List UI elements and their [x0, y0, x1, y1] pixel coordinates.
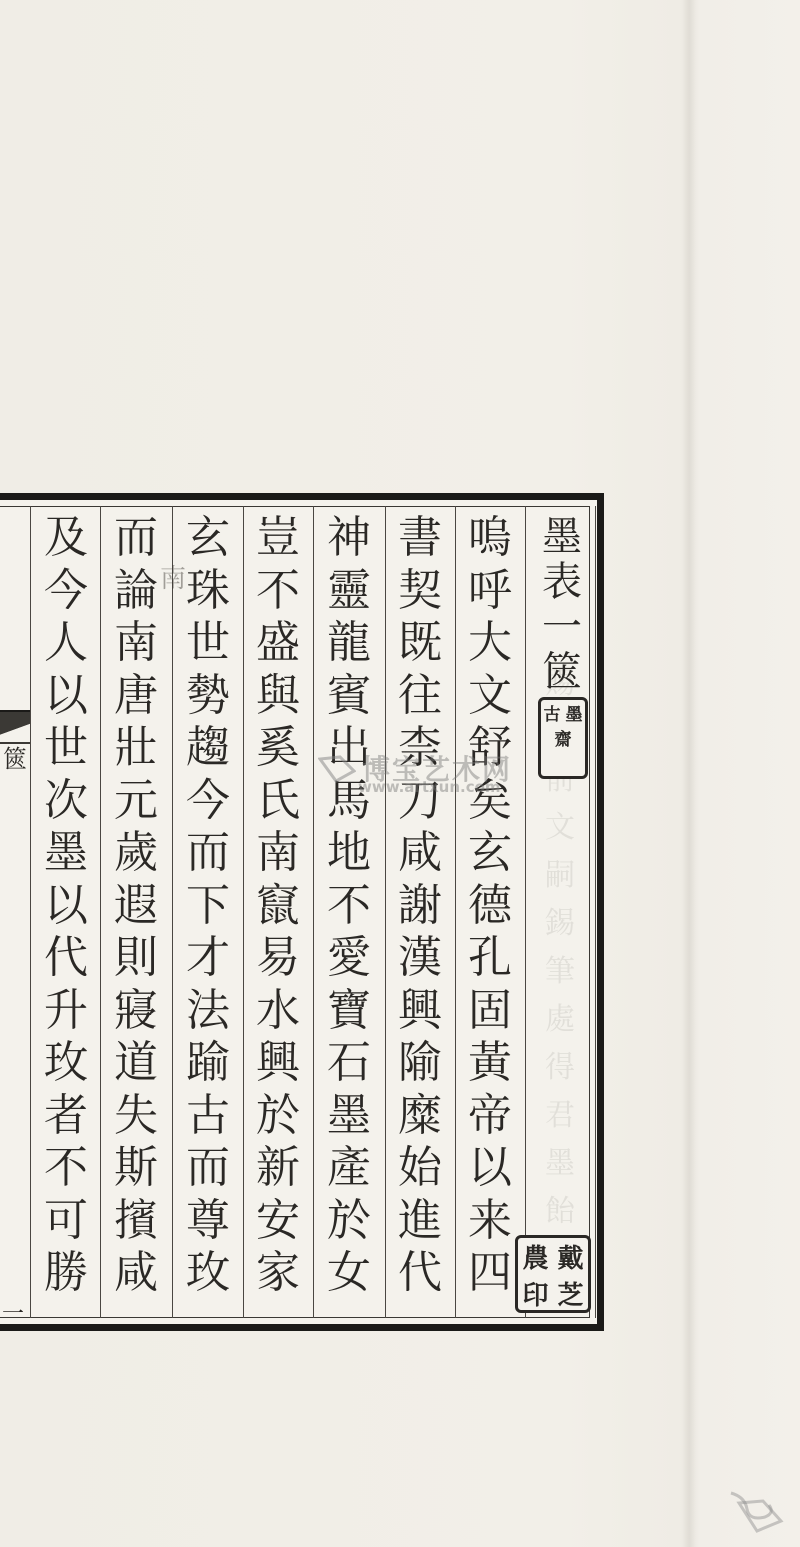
char: 墨 [38, 827, 94, 880]
char: 珠 [180, 565, 236, 618]
char: 盛 [250, 617, 306, 670]
binding-gutter [682, 0, 696, 1547]
char: 世 [180, 617, 236, 670]
char: 尊 [180, 1195, 236, 1248]
char: 氏 [250, 775, 306, 828]
column-rule [385, 506, 386, 1318]
char: 以 [462, 1142, 518, 1195]
watermark: 博宝艺术网 www.artxun.com [318, 748, 512, 788]
char: 興 [250, 1037, 306, 1090]
char: 斯 [108, 1142, 164, 1195]
char: 才 [180, 932, 236, 985]
column-rule [313, 506, 314, 1318]
column-rule [455, 506, 456, 1318]
text-column-2: 書 契 既 往 柰 刀 咸 謝 漢 興 隃 糜 始 進 代 [392, 512, 448, 1312]
char: 謝 [392, 880, 448, 933]
fishtail-wedge [0, 712, 30, 742]
column-rule [30, 506, 31, 1318]
char: 竄 [250, 880, 306, 933]
char: 可 [38, 1195, 94, 1248]
char: 糜 [392, 1090, 448, 1143]
char: 元 [108, 775, 164, 828]
char: 地 [321, 827, 377, 880]
char: 法 [180, 985, 236, 1038]
char: 興 [392, 985, 448, 1038]
seal-char: 戴 [553, 1238, 588, 1275]
column-rule [243, 506, 244, 1318]
char: 踰 [180, 1037, 236, 1090]
char: 失 [108, 1090, 164, 1143]
char: 趨 [180, 722, 236, 775]
char: 新 [250, 1142, 306, 1195]
char: 隃 [392, 1037, 448, 1090]
char: 女 [321, 1247, 377, 1300]
char: 勝 [38, 1247, 94, 1300]
char: 德 [462, 880, 518, 933]
char: 咸 [108, 1247, 164, 1300]
title-char: 表 [534, 560, 590, 605]
char: 則 [108, 932, 164, 985]
char: 書 [392, 512, 448, 565]
page-marker: 一 [2, 1297, 24, 1328]
char: 南 [250, 827, 306, 880]
char: 嗚 [462, 512, 518, 565]
char: 易 [250, 932, 306, 985]
char: 今 [180, 775, 236, 828]
char: 以 [38, 670, 94, 723]
char: 契 [392, 565, 448, 618]
char: 而 [108, 512, 164, 565]
char: 大 [462, 617, 518, 670]
char: 黃 [462, 1037, 518, 1090]
char: 靈 [321, 565, 377, 618]
text-column-5: 玄 珠 世 勢 趨 今 而 下 才 法 踰 古 而 尊 玫 [180, 512, 236, 1312]
char: 今 [38, 565, 94, 618]
char: 古 [180, 1090, 236, 1143]
char: 不 [321, 880, 377, 933]
title-char: 墨 [534, 515, 590, 560]
text-column-6: 而 論 南 唐 壯 元 歲 遐 則 寢 道 失 斯 擯 咸 [108, 512, 164, 1312]
text-column-1: 嗚 呼 大 文 舒 矣 玄 德 孔 固 黃 帝 以 来 四 [462, 512, 518, 1312]
char: 不 [38, 1142, 94, 1195]
char: 升 [38, 985, 94, 1038]
seal-bottom: 農 戴 印 芝 [515, 1235, 591, 1313]
char: 四 [462, 1247, 518, 1300]
fishtail-label: 篋 [0, 710, 30, 772]
char: 安 [250, 1195, 306, 1248]
char: 玫 [180, 1247, 236, 1300]
title-char: 一 [534, 605, 590, 650]
char: 玄 [180, 512, 236, 565]
seal-char: 印 [518, 1275, 553, 1312]
char: 漢 [392, 932, 448, 985]
text-column-4: 豈 不 盛 與 奚 氏 南 竄 易 水 興 於 新 安 家 [250, 512, 306, 1312]
seal-char: 農 [518, 1238, 553, 1275]
char: 孔 [462, 932, 518, 985]
char: 下 [180, 880, 236, 933]
seal-char: 墨 [563, 700, 585, 725]
text-column-3: 神 靈 龍 賓 出 馬 地 不 愛 寶 石 墨 產 於 女 [321, 512, 377, 1312]
char: 人 [38, 617, 94, 670]
char: 而 [180, 1142, 236, 1195]
char: 遐 [108, 880, 164, 933]
char: 咸 [392, 827, 448, 880]
column-rule [525, 506, 526, 1318]
char: 寶 [321, 985, 377, 1038]
watermark-url: www.artxun.com [358, 778, 501, 796]
char: 及 [38, 512, 94, 565]
char: 豈 [250, 512, 306, 565]
char: 代 [38, 932, 94, 985]
char: 家 [250, 1247, 306, 1300]
char: 次 [38, 775, 94, 828]
watermark-logo-icon [318, 753, 356, 783]
text-column-7: 及 今 人 以 世 次 墨 以 代 升 玫 者 不 可 勝 [38, 512, 94, 1312]
char: 水 [250, 985, 306, 1038]
char: 愛 [321, 932, 377, 985]
corner-logo-icon [725, 1485, 785, 1535]
char: 石 [321, 1037, 377, 1090]
seal-char: 古 [541, 700, 563, 725]
char: 墨 [321, 1090, 377, 1143]
char: 而 [180, 827, 236, 880]
char: 道 [108, 1037, 164, 1090]
char: 寢 [108, 985, 164, 1038]
char: 壯 [108, 722, 164, 775]
char: 以 [38, 880, 94, 933]
char: 往 [392, 670, 448, 723]
char: 始 [392, 1142, 448, 1195]
char: 不 [250, 565, 306, 618]
char: 擯 [108, 1195, 164, 1248]
char: 賓 [321, 670, 377, 723]
char: 與 [250, 670, 306, 723]
char: 来 [462, 1195, 518, 1248]
char: 者 [38, 1090, 94, 1143]
seal-char: 芝 [553, 1275, 588, 1312]
column-rule [172, 506, 173, 1318]
char: 既 [392, 617, 448, 670]
char: 唐 [108, 670, 164, 723]
char: 論 [108, 565, 164, 618]
column-rule [100, 506, 101, 1318]
seal-char: 齋 [541, 725, 585, 750]
char: 固 [462, 985, 518, 1038]
char: 玄 [462, 827, 518, 880]
char: 帝 [462, 1090, 518, 1143]
char: 於 [250, 1090, 306, 1143]
char: 文 [462, 670, 518, 723]
char: 於 [321, 1195, 377, 1248]
char: 世 [38, 722, 94, 775]
char: 歲 [108, 827, 164, 880]
margin-note: 南 [160, 558, 186, 595]
fishtail-label-text: 篋 [0, 744, 30, 774]
char: 南 [108, 617, 164, 670]
char: 神 [321, 512, 377, 565]
char: 玫 [38, 1037, 94, 1090]
char: 進 [392, 1195, 448, 1248]
char: 呼 [462, 565, 518, 618]
char: 勢 [180, 670, 236, 723]
char: 代 [392, 1247, 448, 1300]
column-rule [595, 506, 596, 1318]
char: 奚 [250, 722, 306, 775]
seal-top: 古 墨 齋 [538, 697, 588, 779]
char: 龍 [321, 617, 377, 670]
char: 產 [321, 1142, 377, 1195]
